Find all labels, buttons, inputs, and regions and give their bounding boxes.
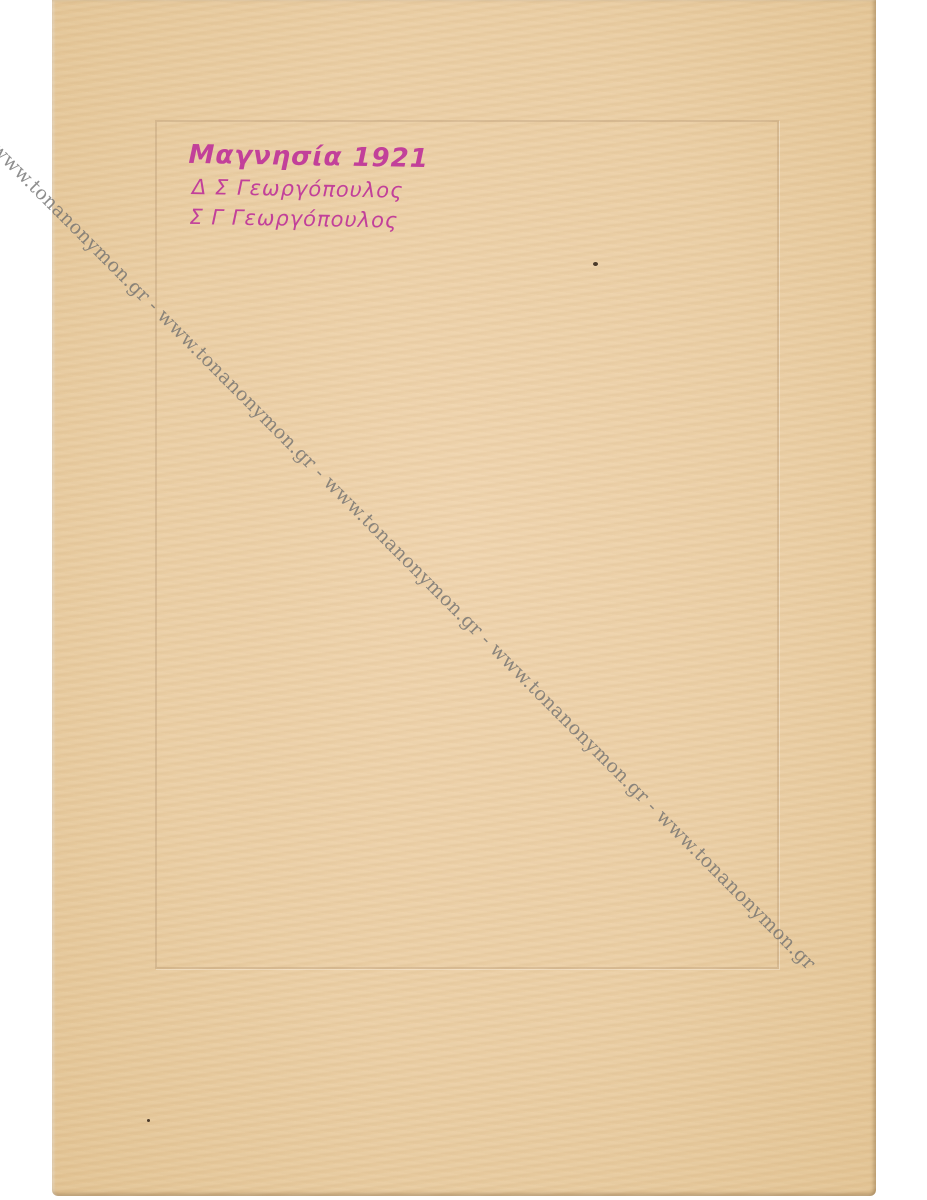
handwritten-inscription: Μαγνησία 1921 Δ Σ Γεωργόπουλος Σ Γ Γεωργ… <box>187 138 429 236</box>
ink-speck <box>147 1119 150 1122</box>
inscription-name-2: Σ Γ Γεωργόπουλος <box>189 202 428 236</box>
ink-speck <box>593 262 598 266</box>
inscription-name-1: Δ Σ Γεωργόπουλος <box>192 172 429 206</box>
photo-card-back <box>52 0 876 1196</box>
embossed-frame <box>155 120 779 969</box>
inscription-place-year: Μαγνησία 1921 <box>188 138 429 176</box>
